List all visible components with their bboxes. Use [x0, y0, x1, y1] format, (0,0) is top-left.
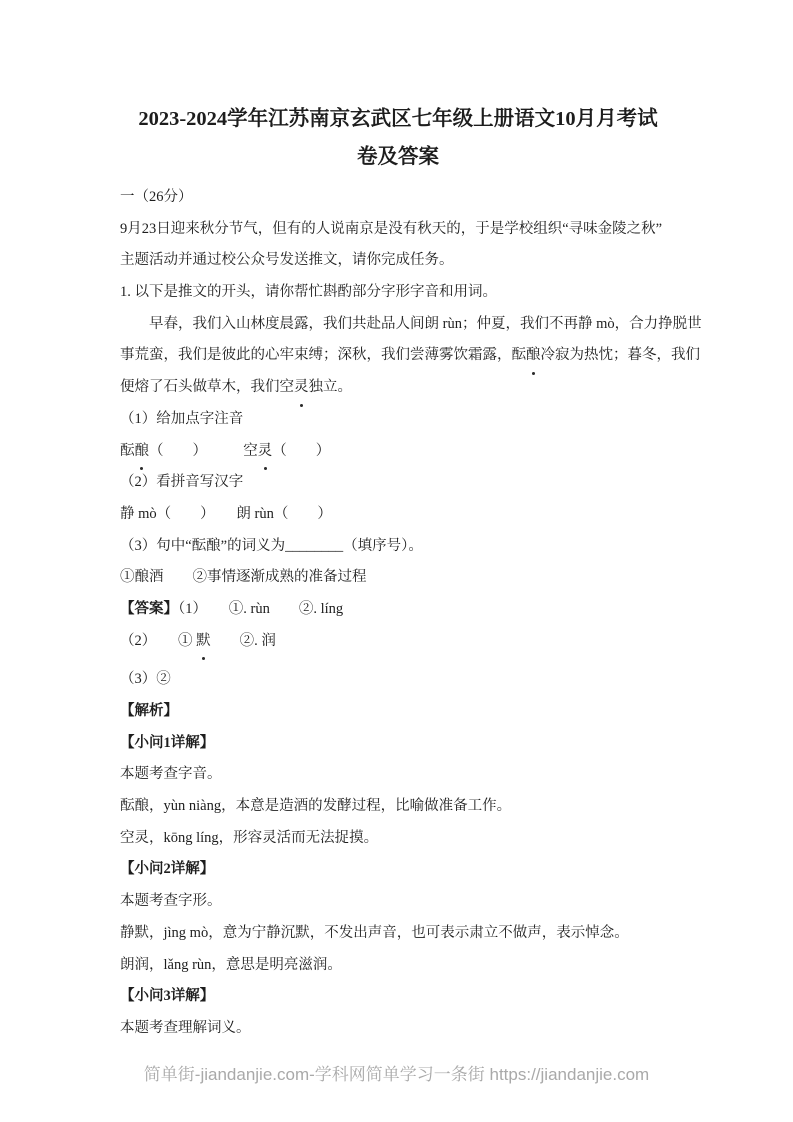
section-heading: 一（26分）: [120, 182, 676, 214]
intro-line-2: 主题活动并通过校公众号发送推文，请你完成任务。: [120, 245, 676, 277]
site-footer-text: 简单街-jiandanjie.com-学科网简单学习一条街 https://ji…: [0, 1063, 793, 1087]
subanswer-1-heading: 【小问1详解】: [120, 728, 676, 760]
emphasis-dot-char: 默: [196, 626, 211, 658]
answer-text: ②. 润: [211, 633, 276, 649]
question-1-stem: 1. 以下是推文的开头，请你帮忙斟酌部分字形字音和用词。: [120, 277, 676, 309]
doc-title: 2023-2024学年江苏南京玄武区七年级上册语文10月月考试 卷及答案: [120, 100, 676, 176]
doc-title-line-2: 卷及答案: [120, 138, 676, 176]
emphasis-dot-char: 灵: [294, 372, 309, 404]
explanation-line: 本题考查字形。: [120, 886, 676, 918]
explanation-line: 空灵，kōng líng，形容灵活而无法捉摸。: [120, 823, 676, 855]
answer-line-1: 【答案】（1） ①. rùn ②. líng: [120, 594, 676, 626]
subanswer-2-heading: 【小问2详解】: [120, 854, 676, 886]
explanation-line: 朗润，lǎng rùn，意思是明亮滋润。: [120, 950, 676, 982]
answer-text: （1） ①. rùn ②. líng: [178, 601, 343, 617]
answer-parens: （ ）: [149, 443, 200, 459]
explanation-line: 本题考查理解词义。: [120, 1013, 676, 1045]
subanswer-3-heading: 【小问3详解】: [120, 981, 676, 1013]
passage-text: 冷寂为热忱；暮冬，我们: [541, 347, 701, 363]
doc-title-line-1: 2023-2024学年江苏南京玄武区七年级上册语文10月月考试: [120, 100, 676, 138]
subquestion-3-line: （3）句中“酝酿”的词义为________（填序号）。: [120, 531, 676, 563]
analysis-heading: 【解析】: [120, 696, 676, 728]
passage-text: 独立。: [309, 379, 353, 395]
word-char: 酝: [120, 443, 135, 459]
emphasis-dot-char: 酿: [135, 436, 150, 468]
passage-text: 便熔了石头做草木，我们空: [120, 379, 294, 395]
subquestion-2-items: 静 mò（ ） 朗 rùn（ ）: [120, 499, 676, 531]
subquestion-1-label: （1）给加点字注音: [120, 404, 676, 436]
exam-document-page: 2023-2024学年江苏南京玄武区七年级上册语文10月月考试 卷及答案 一（2…: [0, 0, 793, 1122]
answer-parens: （ ）: [272, 443, 330, 459]
answer-line-2: （2） ① 默 ②. 润: [120, 626, 676, 658]
intro-line-1: 9月23日迎来秋分节气，但有的人说南京是没有秋天的，于是学校组织“寻味金陵之秋”: [120, 214, 676, 246]
word-char: 空: [243, 443, 258, 459]
passage-text: 事荒蛮，我们是彼此的心牢束缚；深秋，我们尝薄雾饮霜露，酝: [120, 347, 526, 363]
answer-tag: 【答案】: [120, 601, 178, 617]
explanation-line: 酝酿，yùn niàng，本意是造酒的发酵过程，比喻做准备工作。: [120, 791, 676, 823]
emphasis-dot-char: 酿: [526, 340, 541, 372]
subquestion-2-label: （2）看拼音写汉字: [120, 467, 676, 499]
answer-text: （2） ①: [120, 633, 196, 649]
spacer: [200, 443, 244, 459]
word-options-line: ①酿酒 ②事情逐渐成熟的准备过程: [120, 562, 676, 594]
passage-line-2: 事荒蛮，我们是彼此的心牢束缚；深秋，我们尝薄雾饮霜露，酝酿冷寂为热忱；暮冬，我们: [120, 340, 676, 372]
explanation-line: 静默，jìng mò，意为宁静沉默，不发出声音，也可表示肃立不做声，表示悼念。: [120, 918, 676, 950]
passage-line-1: 早春，我们入山林度晨露，我们共赴品人间朗 rùn；仲夏，我们不再静 mò，合力挣…: [120, 309, 676, 341]
document-body: 一（26分） 9月23日迎来秋分节气，但有的人说南京是没有秋天的，于是学校组织“…: [120, 182, 676, 1045]
answer-line-3: （3）②: [120, 664, 676, 696]
emphasis-dot-char: 灵: [258, 436, 273, 468]
explanation-line: 本题考查字音。: [120, 759, 676, 791]
subquestion-1-items: 酝酿（ ） 空灵（ ）: [120, 436, 676, 468]
passage-line-3: 便熔了石头做草木，我们空灵独立。: [120, 372, 676, 404]
